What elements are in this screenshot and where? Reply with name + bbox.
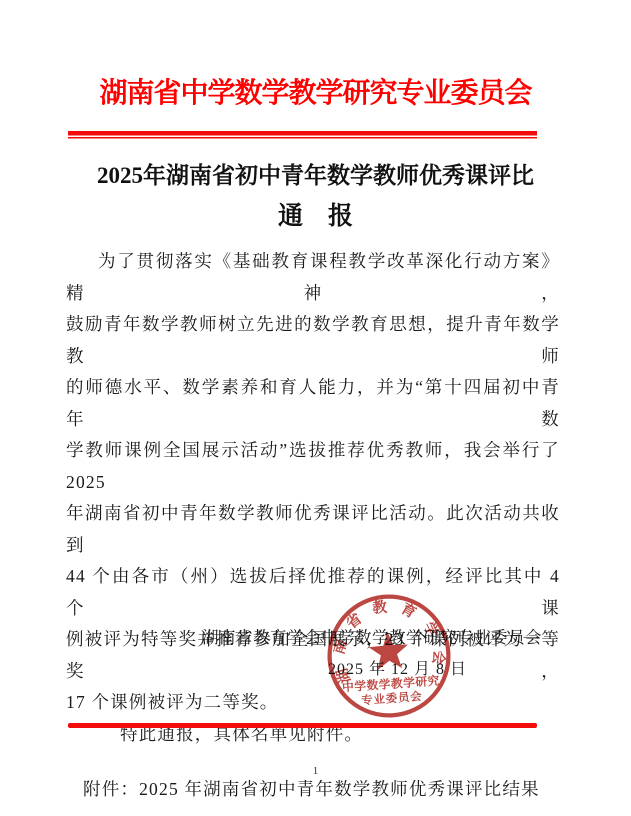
signature-block: 湖南省教育学会中学数学教学研究专业委员会 2025 年 12 月 8 日 bbox=[66, 622, 560, 685]
body-line: 鼓励青年数学教师树立先进的数学教育思想，提升青年数学教师 bbox=[66, 309, 560, 372]
body-line: 17 个课例被评为二等奖。 bbox=[66, 687, 560, 719]
seal-star-icon bbox=[368, 630, 410, 670]
footer-divider bbox=[68, 723, 537, 728]
letterhead-divider bbox=[68, 131, 537, 139]
signature-date: 2025 年 12 月 8 日 bbox=[66, 654, 560, 686]
document-title: 2025年湖南省初中青年数学教师优秀课评比 通 报 bbox=[0, 161, 631, 232]
signature-organization: 湖南省教育学会中学数学教学研究专业委员会 bbox=[66, 622, 560, 654]
body-line: 学教师课例全国展示活动”选拔推荐优秀教师，我会举行了 2025 bbox=[66, 435, 560, 498]
body-line: 为了贯彻落实《基础教育课程教学改革深化行动方案》精神， bbox=[66, 246, 560, 309]
document-title-line2: 通 报 bbox=[0, 202, 631, 232]
page-number: 1 bbox=[0, 765, 631, 777]
letterhead-title: 湖南省中学数学教学研究专业委员会 bbox=[0, 76, 631, 112]
document-body: 为了贯彻落实《基础教育课程教学改革深化行动方案》精神， 鼓励青年数学教师树立先进… bbox=[66, 246, 560, 806]
official-seal-stamp: 湖南省教育学会 中学数学教学研究 专业委员会 bbox=[319, 586, 460, 727]
seal-center-text-1: 中学数学教学研究 bbox=[342, 674, 441, 695]
body-line: 年湖南省初中青年数学教师优秀课评比活动。此次活动共收到 bbox=[66, 498, 560, 561]
attachment-line: 附件：2025 年湖南省初中青年数学教师优秀课评比结果 bbox=[66, 774, 560, 806]
document-title-line1: 2025年湖南省初中青年数学教师优秀课评比 bbox=[0, 161, 631, 191]
body-line: 44 个由各市（州）选拔后择优推荐的课例，经评比其中 4 个课 bbox=[66, 561, 560, 624]
body-line: 的师德水平、数学素养和育人能力，并为“第十四届初中青年数 bbox=[66, 372, 560, 435]
document-page: 湖南省中学数学教学研究专业委员会 2025年湖南省初中青年数学教师优秀课评比 通… bbox=[0, 0, 631, 816]
